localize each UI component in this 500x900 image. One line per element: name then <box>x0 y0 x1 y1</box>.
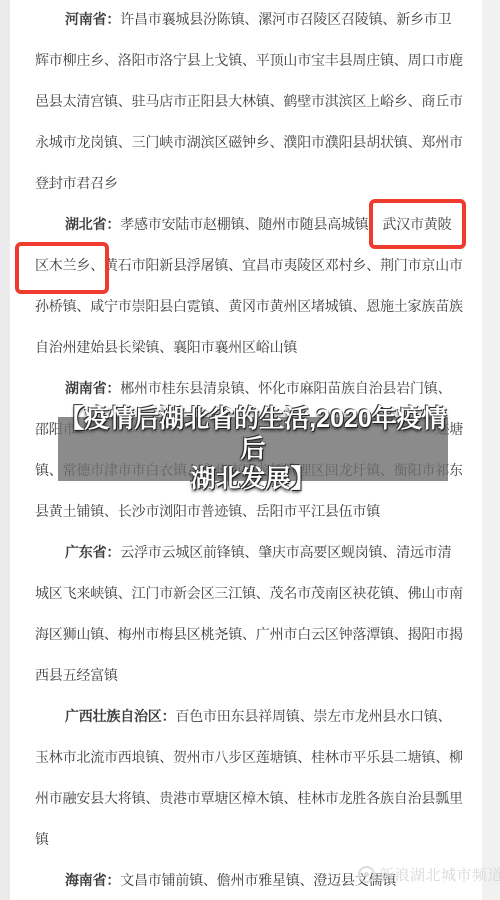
line-text: 自治州建始县长梁镇、襄阳市襄州区峪山镇 <box>35 339 297 355</box>
text-line: 西县五经富镇 <box>35 655 463 696</box>
text-line: 邑县太清宫镇、驻马店市正阳县大林镇、鹤壁市淇滨区上峪乡、商丘市 <box>35 81 463 122</box>
watermark: 新浪湖北城市频道 <box>358 864 500 885</box>
text-line: 辉市柳庄乡、洛阳市洛宁县上戈镇、平顶山市宝丰县周庄镇、周口市鹿 <box>35 40 463 81</box>
line-text: 永城市龙岗镇、三门峡市湖滨区磁钟乡、濮阳市濮阳县胡状镇、郑州市 <box>35 134 463 150</box>
line-text: 辉市柳庄乡、洛阳市洛宁县上戈镇、平顶山市宝丰县周庄镇、周口市鹿 <box>35 52 463 68</box>
text-line: 自治州建始县长梁镇、襄阳市襄州区峪山镇 <box>35 327 463 368</box>
highlight-box-mulan-township <box>15 242 109 294</box>
text-line: 广西壮族自治区：百色市田东县祥周镇、崇左市龙州县水口镇、 <box>35 696 463 737</box>
line-text: 县黄土铺镇、长沙市浏阳市普迹镇、岳阳市平江县伍市镇 <box>35 503 380 519</box>
text-line: 湖南省：郴州市桂东县清泉镇、怀化市麻阳苗族自治县岩门镇、 <box>35 368 463 409</box>
text-line: 广东省：云浮市云城区前锋镇、肇庆市高要区蚬岗镇、清远市清 <box>35 532 463 573</box>
line-text: 孝感市安陆市赵棚镇、随州市随县高城镇、 <box>120 216 382 232</box>
line-text: 邑县太清宫镇、驻马店市正阳县大林镇、鹤壁市淇滨区上峪乡、商丘市 <box>35 93 463 109</box>
text-line: 镇 <box>35 819 463 860</box>
line-text: 文昌市铺前镇、儋州市雅星镇、澄迈县文儒镇 <box>120 872 396 888</box>
line-text: 孙桥镇、咸宁市崇阳县白霓镇、黄冈市黄州区堵城镇、恩施土家族苗族 <box>35 298 463 314</box>
caption-line-1: 【疫情后湖北省的生活,2020年疫情后 <box>58 404 448 464</box>
line-text: 登封市君召乡 <box>35 175 118 191</box>
text-line: 玉林市北流市西埌镇、贺州市八步区莲塘镇、桂林市平乐县二塘镇、柳 <box>35 737 463 778</box>
text-line: 永城市龙岗镇、三门峡市湖滨区磁钟乡、濮阳市濮阳县胡状镇、郑州市 <box>35 122 463 163</box>
line-text: 郴州市桂东县清泉镇、怀化市麻阳苗族自治县岩门镇、 <box>120 380 451 396</box>
text-line: 州市融安县大将镇、贵港市覃塘区樟木镇、桂林市龙胜各族自治县瓢里 <box>35 778 463 819</box>
province-label: 湖南省： <box>65 380 120 396</box>
line-text: 百色市田东县祥周镇、崇左市龙州县水口镇、 <box>175 708 451 724</box>
watermark-text: 新浪湖北城市频道 <box>379 864 500 885</box>
caption-line-2: 湖北发展】 <box>58 464 448 494</box>
text-line: 河南省：许昌市襄城县汾陈镇、漯河市召陵区召陵镇、新乡市卫 <box>35 0 463 40</box>
province-label: 广东省： <box>65 544 120 560</box>
line-text: 许昌市襄城县汾陈镇、漯河市召陵区召陵镇、新乡市卫 <box>120 11 451 27</box>
line-text: 州市融安县大将镇、贵港市覃塘区樟木镇、桂林市龙胜各族自治县瓢里 <box>35 790 463 806</box>
line-text: 海区狮山镇、梅州市梅县区桃尧镇、广州市白云区钟落潭镇、揭阳市揭 <box>35 626 463 642</box>
text-line: 县黄土铺镇、长沙市浏阳市普迹镇、岳阳市平江县伍市镇 <box>35 491 463 532</box>
province-label: 河南省： <box>65 11 120 27</box>
line-text: 镇 <box>35 831 49 847</box>
text-line: 登封市君召乡 <box>35 163 463 204</box>
caption-overlay: 【疫情后湖北省的生活,2020年疫情后 湖北发展】 <box>58 417 448 481</box>
province-label: 湖北省： <box>65 216 120 232</box>
line-text: 云浮市云城区前锋镇、肇庆市高要区蚬岗镇、清远市清 <box>120 544 451 560</box>
weibo-logo-icon <box>358 866 375 883</box>
line-text: 西县五经富镇 <box>35 667 118 683</box>
province-label: 海南省： <box>65 872 120 888</box>
highlight-box-wuhan-huangpi <box>369 199 466 249</box>
text-line: 城区飞来峡镇、江门市新会区三江镇、茂名市茂南区袂花镇、佛山市南 <box>35 573 463 614</box>
page-right-gutter <box>482 0 500 900</box>
line-text: 黄石市阳新县浮屠镇、宜昌市夷陵区邓村乡、荆门市京山市 <box>104 257 463 273</box>
line-text: 城区飞来峡镇、江门市新会区三江镇、茂名市茂南区袂花镇、佛山市南 <box>35 585 463 601</box>
text-line: 海区狮山镇、梅州市梅县区桃尧镇、广州市白云区钟落潭镇、揭阳市揭 <box>35 614 463 655</box>
page-left-gutter <box>0 0 10 900</box>
line-text: 玉林市北流市西埌镇、贺州市八步区莲塘镇、桂林市平乐县二塘镇、柳 <box>35 749 463 765</box>
province-label: 广西壮族自治区： <box>65 708 175 724</box>
